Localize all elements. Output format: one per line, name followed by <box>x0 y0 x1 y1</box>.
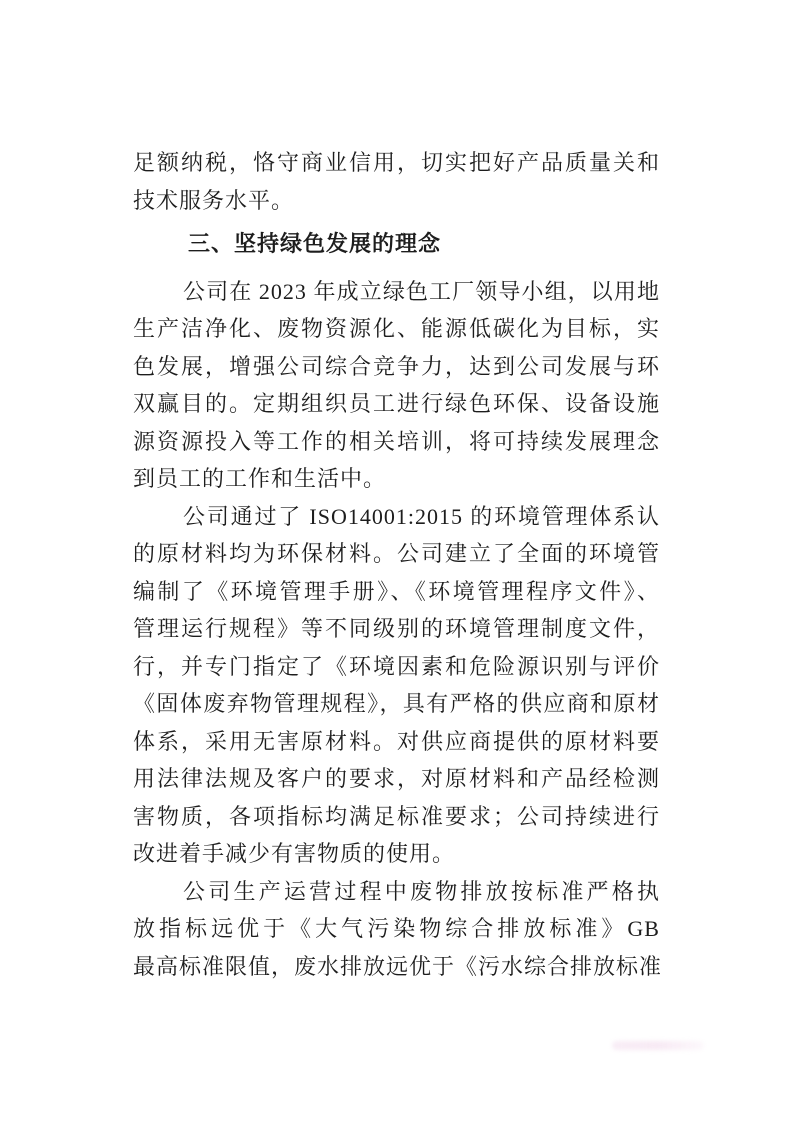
section-heading: 三、坚持绿色发展的理念 <box>133 225 660 263</box>
text-line: 最高标准限值，废水排放远优于《污水综合排放标准》 <box>133 948 660 986</box>
text-line: 管理运行规程》等不同级别的环境管理制度文件，并严格执 <box>133 610 660 648</box>
text-line: 公司生产运营过程中废物排放按标准严格执行，废气排 <box>133 873 660 911</box>
text-line: 色发展，增强公司综合竞争力，达到公司发展与环境保护的 <box>133 348 660 386</box>
text-line: 双赢目的。定期组织员工进行绿色环保、设备设施管理、能 <box>133 385 660 423</box>
text-line: 改进着手减少有害物质的使用。 <box>133 835 660 873</box>
text-line: 技术服务水平。 <box>133 182 660 220</box>
paragraph: 公司生产运营过程中废物排放按标准严格执行，废气排 放指标远优于《大气污染物综合排… <box>133 873 660 986</box>
text-line: 足额纳税，恪守商业信用，切实把好产品质量关和提高产品 <box>133 144 660 182</box>
text-line: 放指标远优于《大气污染物综合排放标准》GB 16297-1996 <box>133 910 660 948</box>
text-line: 源资源投入等工作的相关培训，将可持续发展理念贯彻落实 <box>133 423 660 461</box>
text-line: 公司通过了 ISO14001:2015 的环境管理体系认证，使用 <box>133 498 660 536</box>
watermark-smudge <box>612 1041 704 1050</box>
text-line: 害物质，各项指标均满足标准要求；公司持续进行工艺技术 <box>133 798 660 836</box>
document-body: 足额纳税，恪守商业信用，切实把好产品质量关和提高产品 技术服务水平。 三、坚持绿… <box>133 144 660 985</box>
text-line: 的原材料均为环保材料。公司建立了全面的环境管理体系， <box>133 535 660 573</box>
text-line: 编制了《环境管理手册》、《环境管理程序文件》、《环境 <box>133 573 660 611</box>
text-line: 到员工的工作和生活中。 <box>133 460 660 498</box>
paragraph: 足额纳税，恪守商业信用，切实把好产品质量关和提高产品 技术服务水平。 <box>133 144 660 219</box>
text-line: 生产洁净化、废物资源化、能源低碳化为目标，实现公司绿 <box>133 310 660 348</box>
text-line: 用法律法规及客户的要求，对原材料和产品经检测未发现有 <box>133 760 660 798</box>
text-line: 《固体废弃物管理规程》，具有严格的供应商和原材料控制 <box>133 685 660 723</box>
text-line: 行，并专门指定了《环境因素和危险源识别与评价程序》、 <box>133 648 660 686</box>
paragraph: 公司在 2023 年成立绿色工厂领导小组，以用地集约化、 生产洁净化、废物资源化… <box>133 273 660 498</box>
text-line: 体系，采用无害原材料。对供应商提供的原材料要求满足适 <box>133 723 660 761</box>
paragraph: 公司通过了 ISO14001:2015 的环境管理体系认证，使用 的原材料均为环… <box>133 498 660 873</box>
document-page: 足额纳税，恪守商业信用，切实把好产品质量关和提高产品 技术服务水平。 三、坚持绿… <box>0 0 794 1123</box>
text-line: 公司在 2023 年成立绿色工厂领导小组，以用地集约化、 <box>133 273 660 311</box>
